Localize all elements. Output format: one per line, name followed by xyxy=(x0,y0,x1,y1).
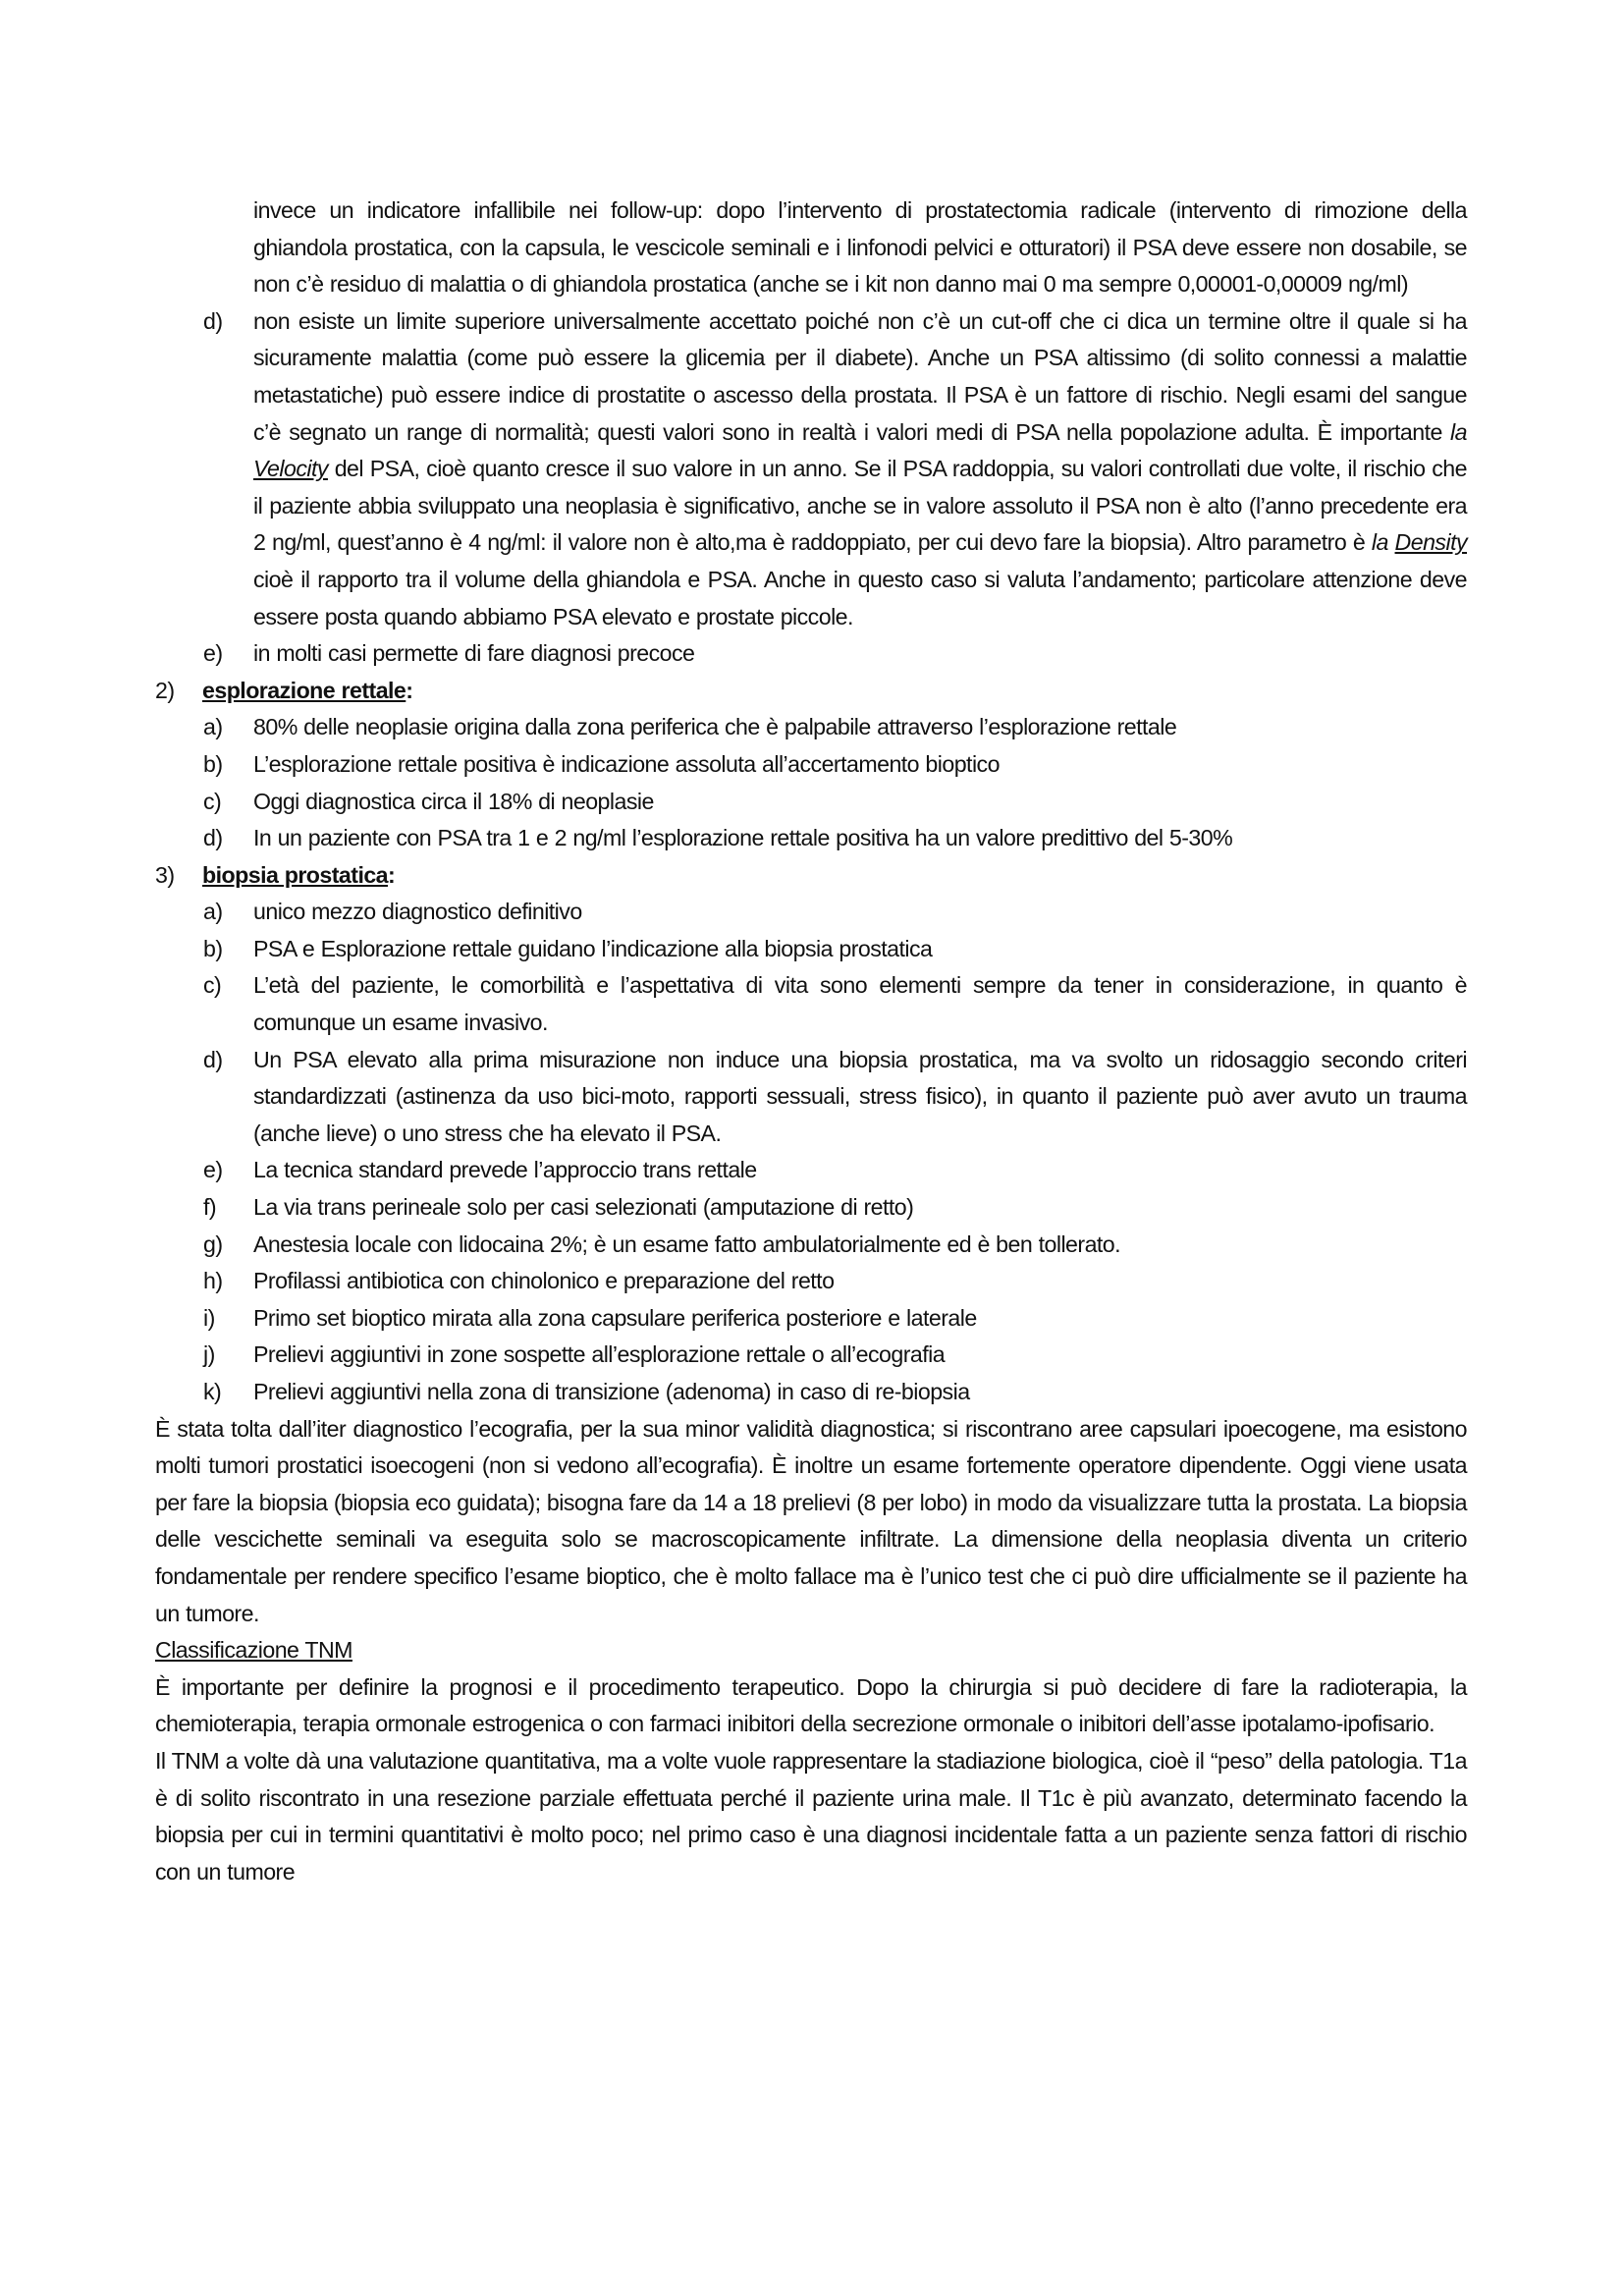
psa-item-d-text-1: non esiste un limite superiore universal… xyxy=(253,308,1467,445)
list-item: c) Oggi diagnostica circa il 18% di neop… xyxy=(155,784,1467,821)
list-item: d) Un PSA elevato alla prima misurazione… xyxy=(155,1042,1467,1153)
list-marker: c) xyxy=(203,967,221,1005)
psa-item-d-text-2: del PSA, cioè quanto cresce il suo valor… xyxy=(253,456,1467,555)
list-item-text: 80% delle neoplasie origina dalla zona p… xyxy=(253,714,1176,739)
list-marker: d) xyxy=(203,820,223,857)
section-colon: : xyxy=(388,862,395,888)
velocity-term: Velocity xyxy=(253,456,328,481)
list-item-text: La tecnica standard prevede l’approccio … xyxy=(253,1157,757,1182)
list-marker: e) xyxy=(203,635,223,673)
list-marker: f) xyxy=(203,1189,216,1227)
density-prefix: la xyxy=(1372,529,1388,555)
section-colon: : xyxy=(406,678,412,703)
section-marker: 3) xyxy=(155,857,175,895)
list-marker: c) xyxy=(203,784,221,821)
list-marker: d) xyxy=(203,303,223,341)
tnm-heading: Classificazione TNM xyxy=(155,1632,1467,1669)
list-item-text: Prelievi aggiuntivi in zone sospette all… xyxy=(253,1341,945,1367)
velocity-prefix: la xyxy=(1450,419,1467,445)
section-title: esplorazione rettale xyxy=(202,678,406,703)
continuation-paragraph: invece un indicatore infallibile nei fol… xyxy=(155,192,1467,303)
psa-item-e: e) in molti casi permette di fare diagno… xyxy=(155,635,1467,673)
continuation-text: invece un indicatore infallibile nei fol… xyxy=(253,197,1467,297)
section-biopsia-prostatica: 3) biopsia prostatica: xyxy=(155,857,1467,895)
list-item: f) La via trans perineale solo per casi … xyxy=(155,1189,1467,1227)
document-page: invece un indicatore infallibile nei fol… xyxy=(155,192,1467,1890)
list-item-text: La via trans perineale solo per casi sel… xyxy=(253,1194,913,1220)
list-marker: a) xyxy=(203,709,223,746)
paragraph-tnm-1: È importante per definire la prognosi e … xyxy=(155,1669,1467,1743)
section-marker: 2) xyxy=(155,673,175,710)
list-marker: b) xyxy=(203,746,223,784)
list-item-text: L’età del paziente, le comorbilità e l’a… xyxy=(253,972,1467,1035)
list-item-text: PSA e Esplorazione rettale guidano l’ind… xyxy=(253,936,932,961)
list-item: a) 80% delle neoplasie origina dalla zon… xyxy=(155,709,1467,746)
list-item-text: Prelievi aggiuntivi nella zona di transi… xyxy=(253,1379,970,1404)
list-item-text: In un paziente con PSA tra 1 e 2 ng/ml l… xyxy=(253,825,1232,850)
list-marker: a) xyxy=(203,894,223,931)
density-term: Density xyxy=(1395,529,1467,555)
list-item: k) Prelievi aggiuntivi nella zona di tra… xyxy=(155,1374,1467,1411)
list-item-text: unico mezzo diagnostico definitivo xyxy=(253,899,582,924)
list-item: j) Prelievi aggiuntivi in zone sospette … xyxy=(155,1337,1467,1374)
list-item: g) Anestesia locale con lidocaina 2%; è … xyxy=(155,1227,1467,1264)
list-marker: d) xyxy=(203,1042,223,1079)
list-item: b) L’esplorazione rettale positiva è ind… xyxy=(155,746,1467,784)
list-item-text: Profilassi antibiotica con chinolonico e… xyxy=(253,1268,834,1293)
list-item: d) In un paziente con PSA tra 1 e 2 ng/m… xyxy=(155,820,1467,857)
list-marker: j) xyxy=(203,1337,215,1374)
section-title: biopsia prostatica xyxy=(202,862,388,888)
paragraph-ecografia: È stata tolta dall’iter diagnostico l’ec… xyxy=(155,1411,1467,1633)
list-item: e) La tecnica standard prevede l’approcc… xyxy=(155,1152,1467,1189)
section-esplorazione-rettale: 2) esplorazione rettale: xyxy=(155,673,1467,710)
list-item-text: Un PSA elevato alla prima misurazione no… xyxy=(253,1047,1467,1146)
list-item-text: Primo set bioptico mirata alla zona caps… xyxy=(253,1305,977,1331)
list-item-text: Anestesia locale con lidocaina 2%; è un … xyxy=(253,1231,1120,1257)
tnm-heading-text: Classificazione TNM xyxy=(155,1637,352,1663)
paragraph-tnm-2: Il TNM a volte dà una valutazione quanti… xyxy=(155,1743,1467,1890)
list-marker: i) xyxy=(203,1300,215,1338)
list-marker: e) xyxy=(203,1152,223,1189)
list-item: b) PSA e Esplorazione rettale guidano l’… xyxy=(155,931,1467,968)
list-marker: b) xyxy=(203,931,223,968)
list-item: i) Primo set bioptico mirata alla zona c… xyxy=(155,1300,1467,1338)
list-marker: g) xyxy=(203,1227,223,1264)
list-marker: k) xyxy=(203,1374,221,1411)
list-item: c) L’età del paziente, le comorbilità e … xyxy=(155,967,1467,1041)
list-item-text: L’esplorazione rettale positiva è indica… xyxy=(253,751,1000,777)
list-item: h) Profilassi antibiotica con chinolonic… xyxy=(155,1263,1467,1300)
list-item: a) unico mezzo diagnostico definitivo xyxy=(155,894,1467,931)
list-marker: h) xyxy=(203,1263,223,1300)
list-item-text: Oggi diagnostica circa il 18% di neoplas… xyxy=(253,789,654,814)
psa-item-e-text: in molti casi permette di fare diagnosi … xyxy=(253,640,694,666)
psa-item-d: d) non esiste un limite superiore univer… xyxy=(155,303,1467,635)
psa-item-d-text-3: cioè il rapporto tra il volume della ghi… xyxy=(253,567,1467,629)
